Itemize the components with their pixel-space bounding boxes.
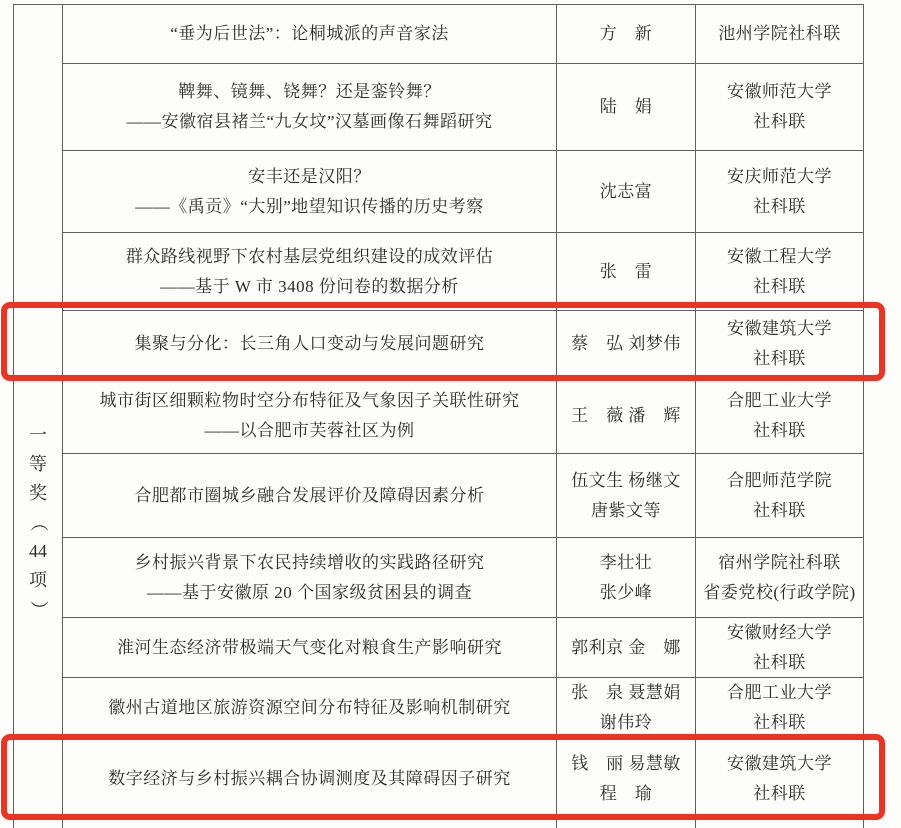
organization-line: 社科联 — [753, 344, 806, 374]
authors-cell: 沈志富 — [556, 151, 695, 232]
organization-line: 社科联 — [753, 192, 806, 222]
organization-cell: 安徽建筑大学社科联 — [695, 739, 863, 818]
organization-cell — [695, 819, 863, 828]
organization-line: 合肥工业大学 — [727, 678, 832, 708]
table-row: 安丰还是汉阳？——《禹贡》“大别”地望知识传播的历史考察 沈志富 安庆师范大学社… — [63, 151, 863, 233]
organization-line: 安徽建筑大学 — [727, 749, 832, 779]
organization-line: 社科联 — [753, 272, 806, 302]
authors-cell: 郭利京 金 娜 — [556, 618, 695, 677]
organization-line: 合肥师范学院 — [727, 466, 832, 496]
table-row — [63, 819, 863, 828]
organization-line: 社科联 — [753, 416, 806, 446]
organization-line: 安徽工程大学 — [727, 242, 832, 272]
authors-cell: 张 泉 聂慧娟谢伟玲 — [556, 678, 695, 738]
prize-label-char: 一 — [29, 421, 47, 450]
project-title-line: 徽州古道地区旅游资源空间分布特征及影响机制研究 — [108, 693, 511, 723]
prize-label-char: （ — [24, 514, 53, 532]
authors-cell: 张 雷 — [556, 233, 695, 310]
organization-line: 安徽建筑大学 — [727, 314, 832, 344]
organization-line: 安庆师范大学 — [727, 162, 832, 192]
project-title-line: ——安徽宿县褚兰“九女坟”汉墓画像石舞蹈研究 — [126, 107, 492, 137]
title-cell: 鞞舞、镜舞、铙舞？还是銮铃舞？——安徽宿县褚兰“九女坟”汉墓画像石舞蹈研究 — [63, 64, 556, 150]
organization-line: 合肥工业大学 — [727, 386, 832, 416]
organization-cell: 合肥工业大学社科联 — [695, 678, 863, 738]
table-row: 合肥都市圈城乡融合发展评价及障碍因素分析 伍文生 杨继文唐紫文等 合肥师范学院社… — [63, 454, 863, 538]
table-row: 群众路线视野下农村基层党组织建设的成效评估——基于 W 市 3408 份问卷的数… — [63, 233, 863, 311]
project-title-line: 合肥都市圈城乡融合发展评价及障碍因素分析 — [135, 481, 485, 511]
title-cell: 淮河生态经济带极端天气变化对粮食生产影响研究 — [63, 618, 556, 677]
organization-line: 池州学院社科联 — [718, 19, 841, 49]
project-title-line: ——基于安徽原 20 个国家级贫困县的调查 — [147, 578, 472, 608]
author-line: 方 新 — [600, 19, 653, 49]
organization-cell: 安徽工程大学社科联 — [695, 233, 863, 310]
organization-line: 宿州学院社科联 — [718, 548, 841, 578]
author-line: 张 雷 — [600, 257, 653, 287]
author-line: 唐紫文等 — [591, 496, 661, 526]
organization-cell: 池州学院社科联 — [695, 5, 863, 63]
project-title-line: 安丰还是汉阳？ — [248, 162, 371, 192]
table-row: 淮河生态经济带极端天气变化对粮食生产影响研究 郭利京 金 娜 安徽财经大学社科联 — [63, 618, 863, 678]
organization-line: 社科联 — [753, 779, 806, 809]
organization-cell: 安徽师范大学社科联 — [695, 64, 863, 150]
organization-line: 社科联 — [753, 107, 806, 137]
author-line: 张少峰 — [600, 578, 653, 608]
table-row: “垂为后世法”：论桐城派的声音家法 方 新 池州学院社科联 — [63, 5, 863, 64]
author-line: 王 薇 潘 辉 — [571, 401, 681, 431]
organization-cell: 安徽建筑大学社科联 — [695, 311, 863, 377]
title-cell: 集聚与分化：长三角人口变动与发展问题研究 — [63, 311, 556, 377]
authors-cell: 蔡 弘 刘梦伟 — [556, 311, 695, 377]
organization-cell: 安庆师范大学社科联 — [695, 151, 863, 232]
title-cell: 徽州古道地区旅游资源空间分布特征及影响机制研究 — [63, 678, 556, 738]
organization-cell: 合肥工业大学社科联 — [695, 378, 863, 453]
project-title-line: ——《禹贡》“大别”地望知识传播的历史考察 — [135, 192, 484, 222]
table-row: 徽州古道地区旅游资源空间分布特征及影响机制研究 张 泉 聂慧娟谢伟玲 合肥工业大… — [63, 678, 863, 739]
prize-label-char: 44 — [29, 537, 47, 566]
author-line: 李壮壮 — [600, 548, 653, 578]
title-cell: 乡村振兴背景下农民持续增收的实践路径研究——基于安徽原 20 个国家级贫困县的调… — [63, 538, 556, 617]
project-title-line: 集聚与分化：长三角人口变动与发展问题研究 — [135, 329, 485, 359]
project-title-line: ——以合肥市芙蓉社区为例 — [205, 416, 415, 446]
project-title-line: 群众路线视野下农村基层党组织建设的成效评估 — [126, 242, 494, 272]
project-title-line: “垂为后世法”：论桐城派的声音家法 — [170, 19, 449, 49]
author-line: 伍文生 杨继文 — [571, 466, 681, 496]
author-line: 张 泉 聂慧娟 — [571, 678, 681, 708]
author-line: 沈志富 — [600, 177, 653, 207]
table-row: 鞞舞、镜舞、铙舞？还是銮铃舞？——安徽宿县褚兰“九女坟”汉墓画像石舞蹈研究 陆 … — [63, 64, 863, 151]
project-title-line: 淮河生态经济带极端天气变化对粮食生产影响研究 — [117, 633, 502, 663]
table-row: 集聚与分化：长三角人口变动与发展问题研究 蔡 弘 刘梦伟 安徽建筑大学社科联 — [63, 311, 863, 378]
organization-line: 社科联 — [753, 708, 806, 738]
authors-cell: 方 新 — [556, 5, 695, 63]
title-cell: 数字经济与乡村振兴耦合协调测度及其障碍因子研究 — [63, 739, 556, 818]
organization-cell: 宿州学院社科联省委党校(行政学院) — [695, 538, 863, 617]
title-cell: “垂为后世法”：论桐城派的声音家法 — [63, 5, 556, 63]
organization-line: 社科联 — [753, 496, 806, 526]
title-cell: 群众路线视野下农村基层党组织建设的成效评估——基于 W 市 3408 份问卷的数… — [63, 233, 556, 310]
organization-line: 安徽财经大学 — [727, 618, 832, 648]
organization-line: 安徽师范大学 — [727, 77, 832, 107]
author-line: 郭利京 金 娜 — [571, 633, 681, 663]
table-row: 乡村振兴背景下农民持续增收的实践路径研究——基于安徽原 20 个国家级贫困县的调… — [63, 538, 863, 618]
table-row: 数字经济与乡村振兴耦合协调测度及其障碍因子研究 钱 丽 易慧敏程 瑜 安徽建筑大… — [63, 739, 863, 819]
author-line: 程 瑜 — [600, 779, 653, 809]
project-title-line: 数字经济与乡村振兴耦合协调测度及其障碍因子研究 — [108, 764, 511, 794]
prize-label-char: 等 — [29, 450, 47, 479]
authors-cell: 李壮壮张少峰 — [556, 538, 695, 617]
author-line: 谢伟玲 — [600, 708, 653, 738]
authors-cell: 伍文生 杨继文唐紫文等 — [556, 454, 695, 537]
organization-cell: 安徽财经大学社科联 — [695, 618, 863, 677]
project-title-line: 乡村振兴背景下农民持续增收的实践路径研究 — [135, 548, 485, 578]
organization-line: 省委党校(行政学院) — [703, 578, 855, 608]
organization-cell: 合肥师范学院社科联 — [695, 454, 863, 537]
title-cell — [63, 819, 556, 828]
title-cell: 城市街区细颗粒物时空分布特征及气象因子关联性研究——以合肥市芙蓉社区为例 — [63, 378, 556, 453]
prize-label-char: 项 — [29, 566, 47, 595]
author-line: 钱 丽 易慧敏 — [571, 749, 681, 779]
authors-cell: 陆 娟 — [556, 64, 695, 150]
prize-group-cell: 一等奖（44项） — [14, 5, 63, 828]
authors-cell — [556, 819, 695, 828]
authors-cell: 钱 丽 易慧敏程 瑜 — [556, 739, 695, 818]
table-rows: “垂为后世法”：论桐城派的声音家法 方 新 池州学院社科联 鞞舞、镜舞、铙舞？还… — [63, 5, 863, 828]
prize-label: 一等奖（44项） — [14, 421, 62, 624]
prize-label-char: ） — [24, 601, 53, 619]
author-line: 蔡 弘 刘梦伟 — [571, 329, 681, 359]
project-title-line: ——基于 W 市 3408 份问卷的数据分析 — [160, 272, 459, 302]
title-cell: 安丰还是汉阳？——《禹贡》“大别”地望知识传播的历史考察 — [63, 151, 556, 232]
table-row: 城市街区细颗粒物时空分布特征及气象因子关联性研究——以合肥市芙蓉社区为例 王 薇… — [63, 378, 863, 454]
author-line: 陆 娟 — [600, 92, 653, 122]
organization-line: 社科联 — [753, 648, 806, 678]
authors-cell: 王 薇 潘 辉 — [556, 378, 695, 453]
project-title-line: 鞞舞、镜舞、铙舞？还是銮铃舞？ — [178, 77, 441, 107]
prize-label-char: 奖 — [29, 479, 47, 508]
project-title-line: 城市街区细颗粒物时空分布特征及气象因子关联性研究 — [100, 386, 520, 416]
awards-table: 一等奖（44项） “垂为后世法”：论桐城派的声音家法 方 新 池州学院社科联 鞞… — [13, 4, 864, 828]
title-cell: 合肥都市圈城乡融合发展评价及障碍因素分析 — [63, 454, 556, 537]
